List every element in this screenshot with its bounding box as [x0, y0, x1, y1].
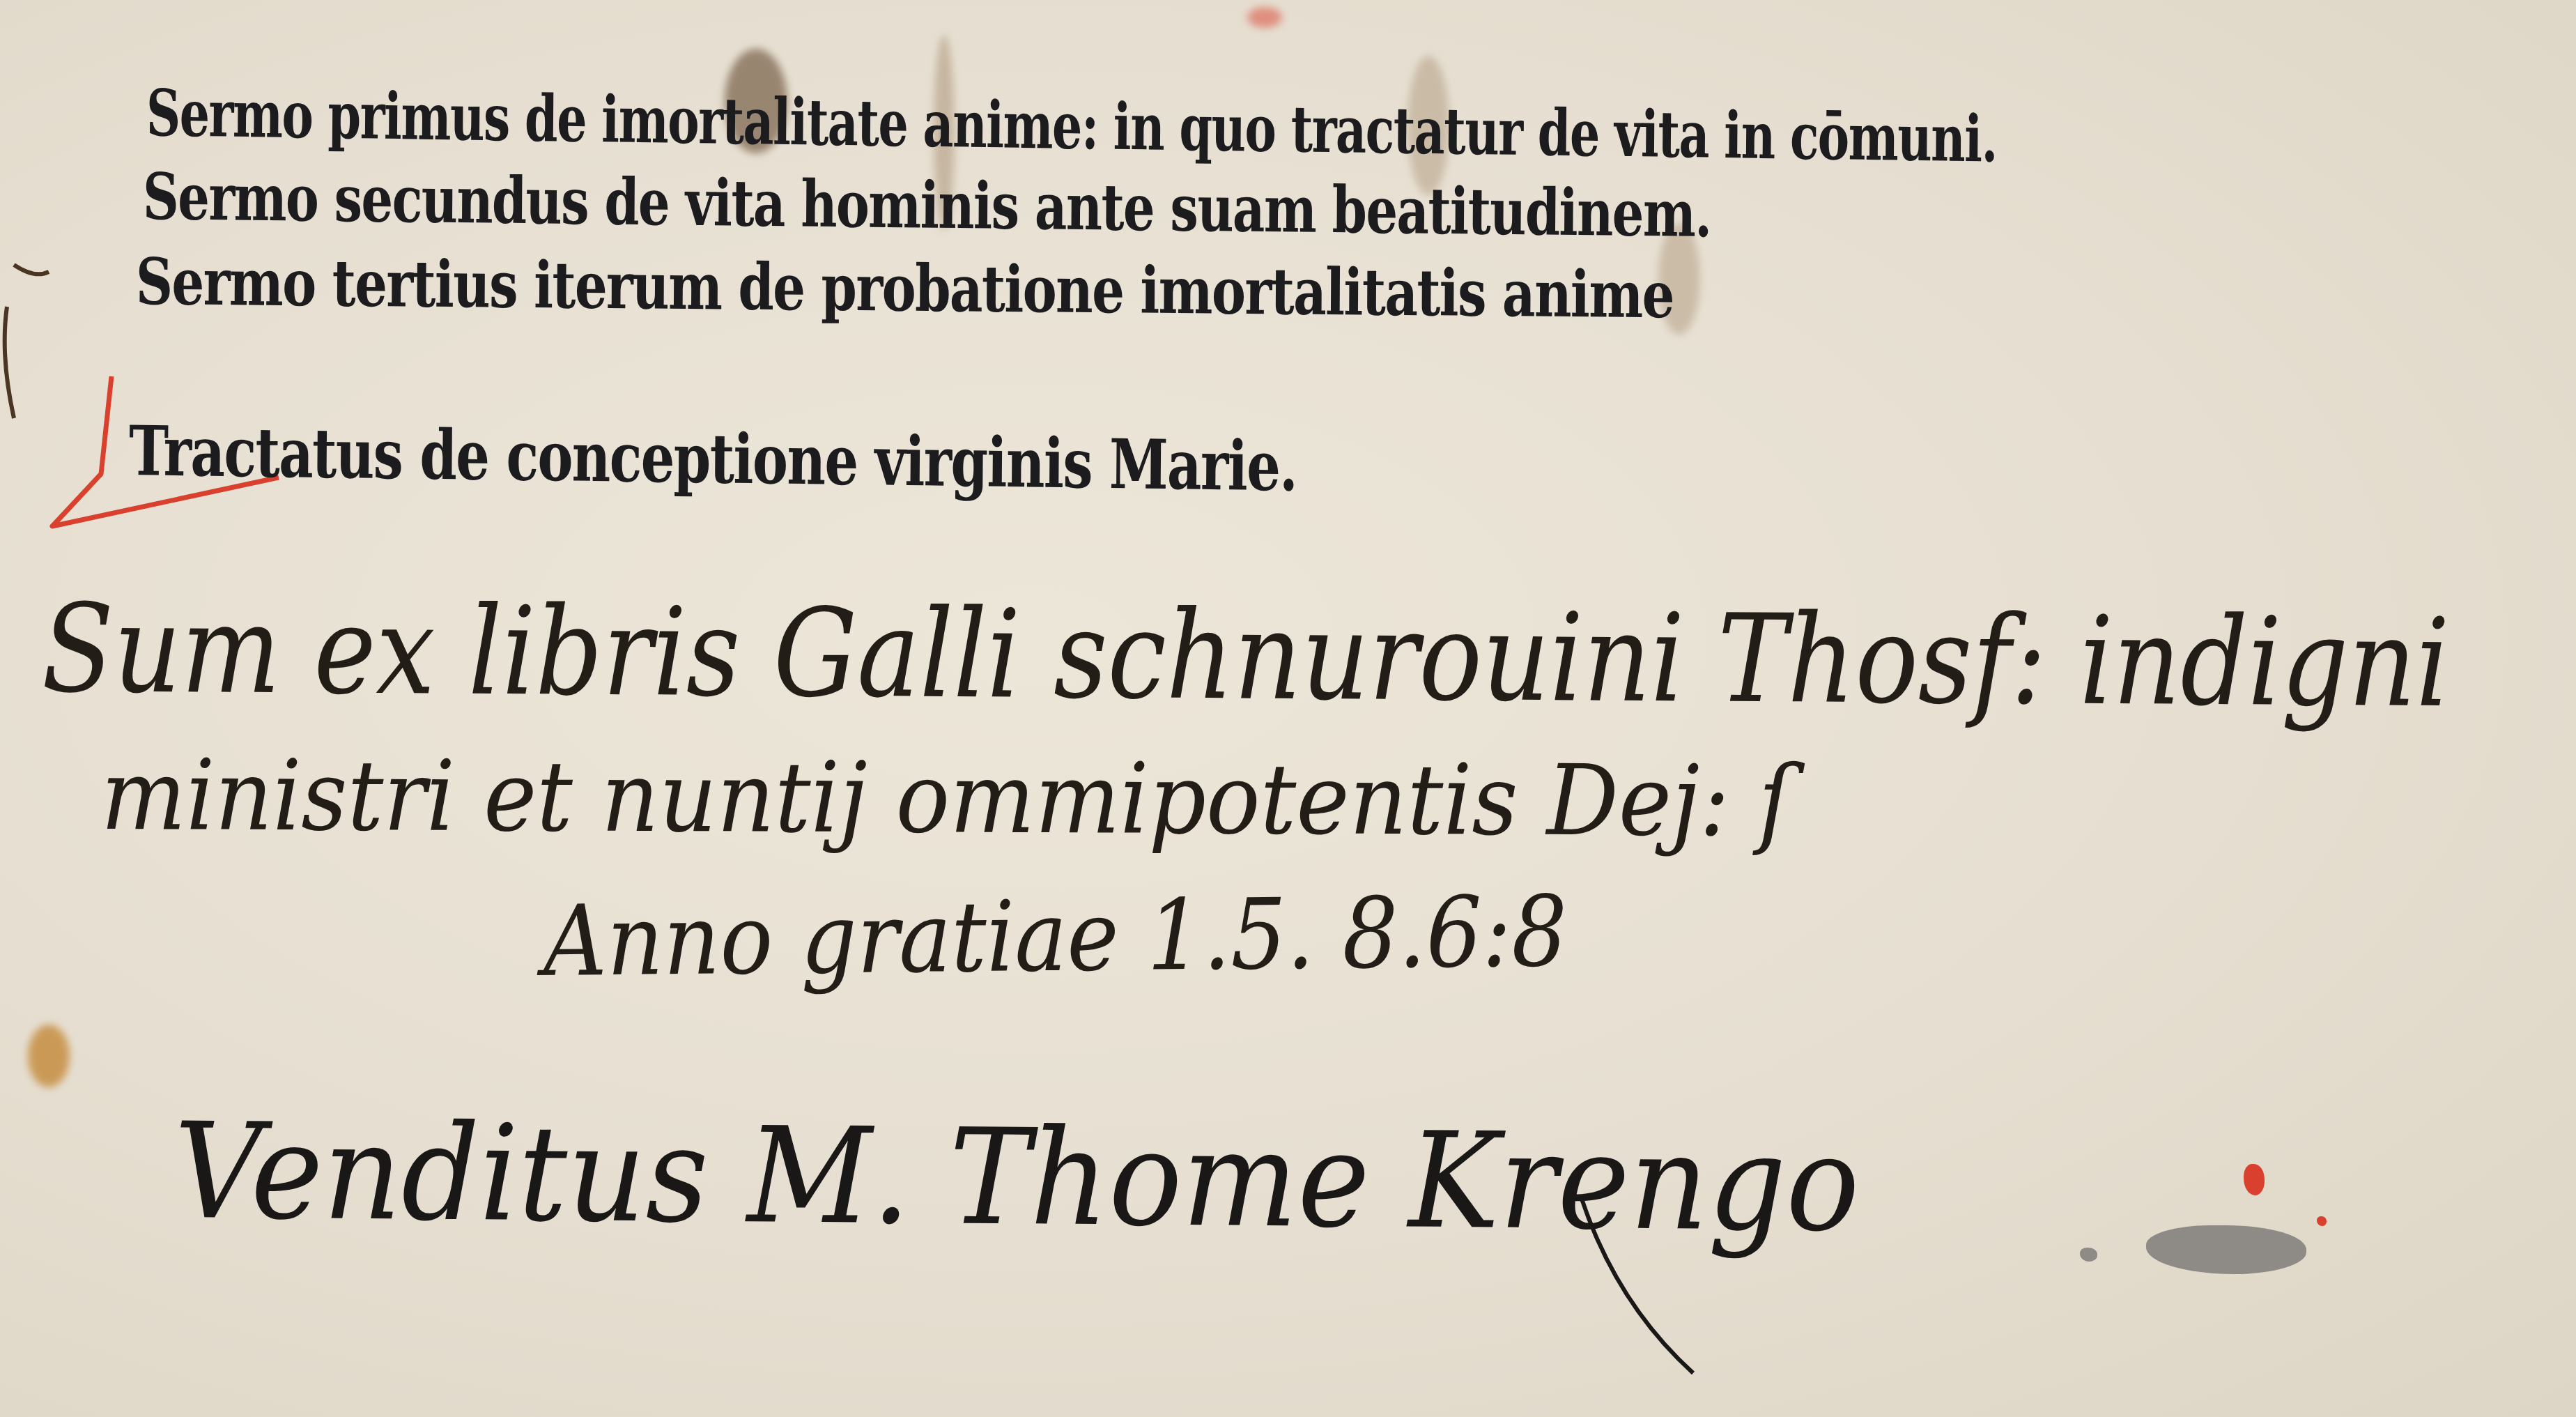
printed-line-3: Sermo tertius iterum de probatione imort…	[136, 244, 1674, 332]
printed-tractatus-line: Tractatus de conceptione virginis Marie.	[129, 411, 1297, 507]
date-inscription: Anno gratiae 1.5. 8.6:8	[543, 875, 1568, 999]
grey-ink-blot	[2146, 1225, 2306, 1274]
grey-ink-speck	[2080, 1248, 2097, 1262]
ownership-inscription-line-1: Sum ex libris Galli schnurouini Thosf: i…	[42, 579, 2450, 735]
manuscript-page: Sermo primus de imortalitate anime: in q…	[0, 0, 2576, 1417]
red-ink-speck	[2244, 1164, 2265, 1195]
red-ink-speck	[2317, 1216, 2327, 1226]
orange-stain	[28, 1025, 70, 1087]
printed-line-2: Sermo secundus de vita hominis ante suam…	[143, 159, 1711, 252]
ownership-inscription-line-2: ministri et nuntij ommipotentis Dej: ſ	[101, 739, 1792, 859]
pen-flourish	[1575, 1199, 1784, 1408]
red-ink-spot	[1247, 7, 1282, 28]
